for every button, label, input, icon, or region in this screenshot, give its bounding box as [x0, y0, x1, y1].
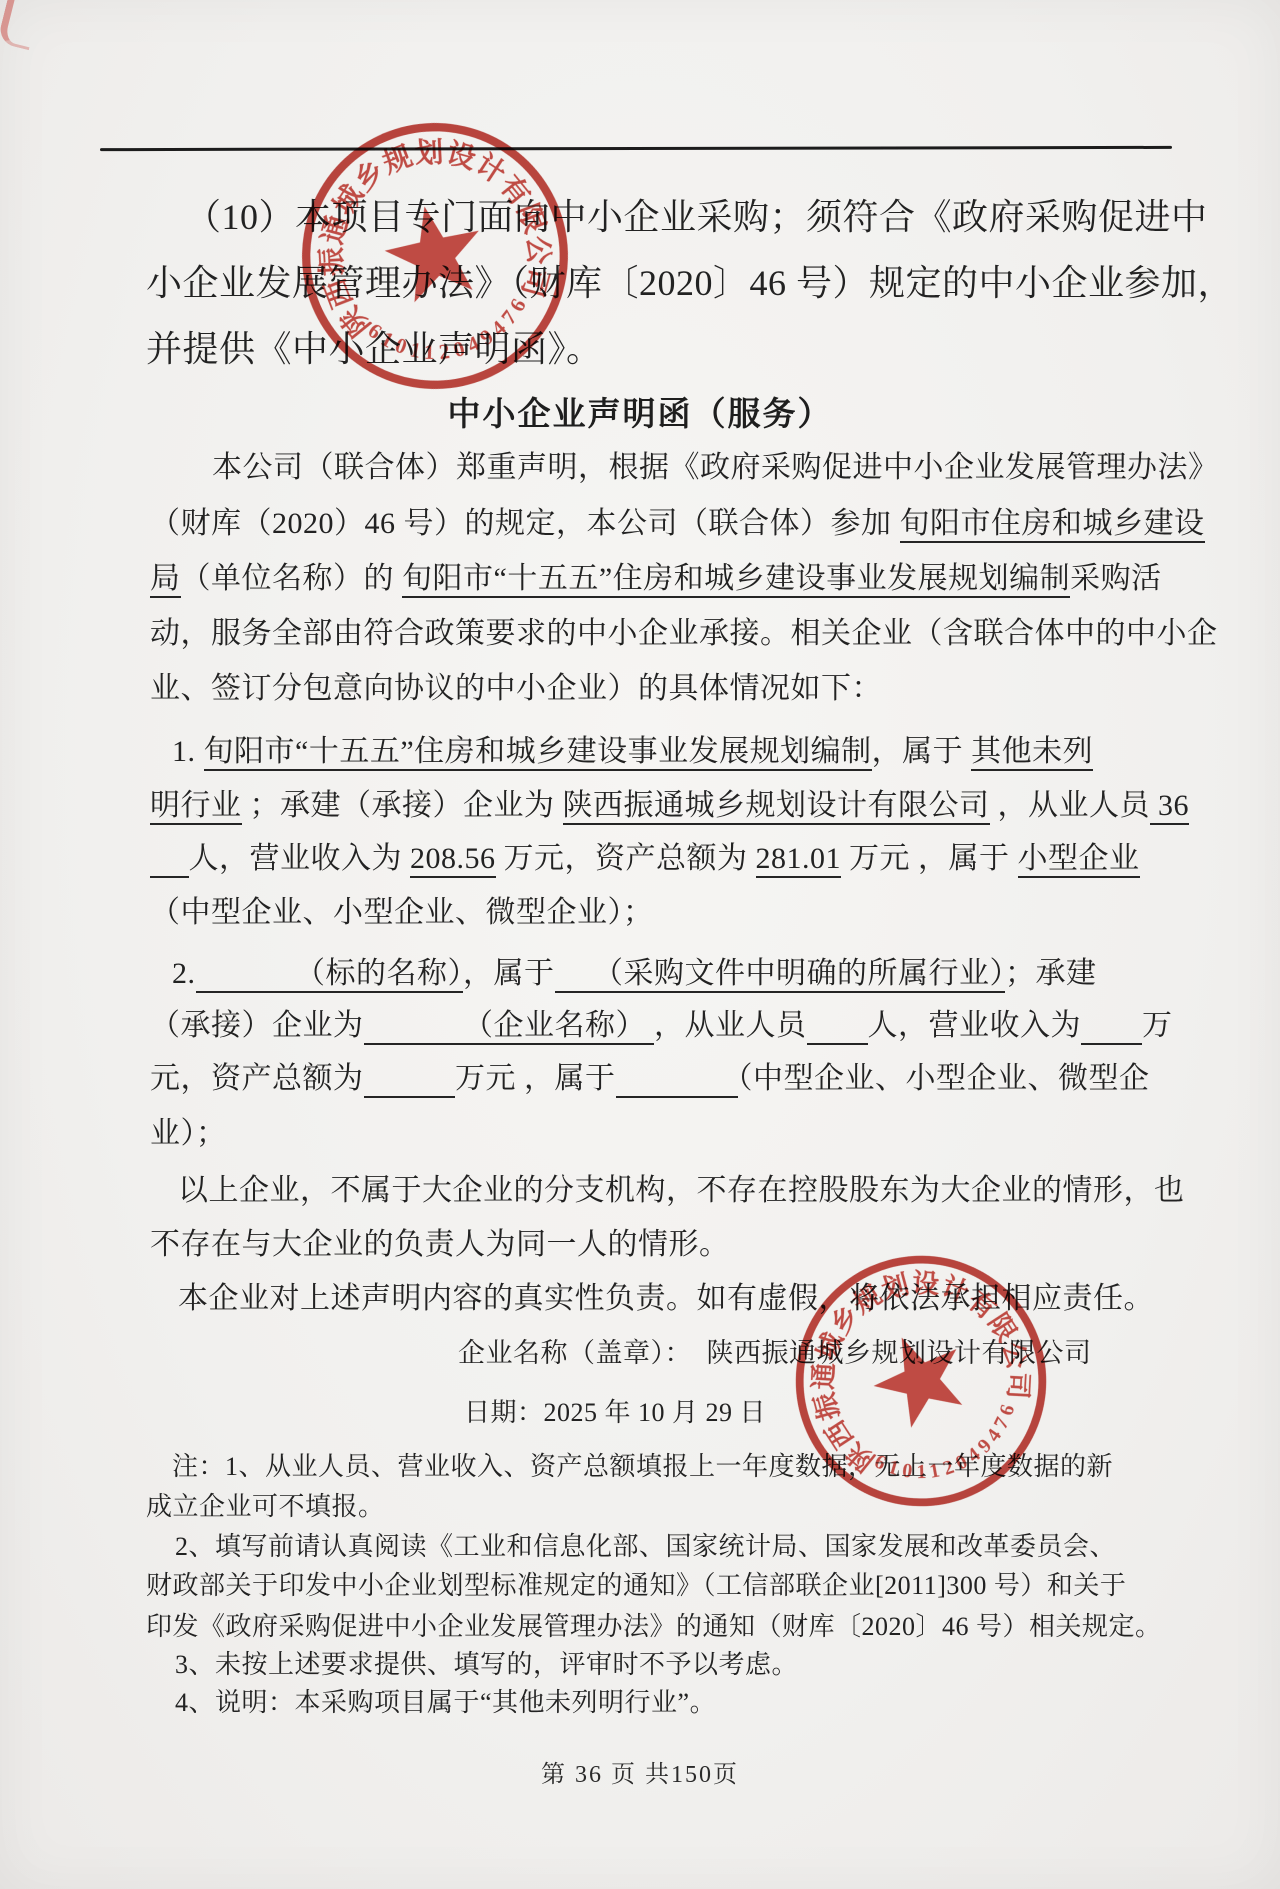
note1-line2: 成立企业可不填报。	[146, 1492, 385, 1522]
text-segment: 2.	[172, 957, 196, 990]
underlined-text-segment: 36	[1150, 789, 1189, 825]
text-segment: ，从业人员	[654, 1009, 807, 1042]
text-segment: （中型企业、小型企业、微型企	[738, 1062, 1150, 1095]
conclusion-line2: 不存在与大企业的负责人为同一人的情形。	[150, 1228, 730, 1263]
date-line: 日期：2025 年 10 月 29 日	[464, 1398, 766, 1428]
underlined-text-segment: 小型企业	[1018, 842, 1140, 878]
text-segment: （中型企业、小型企业、微型企业）；	[150, 896, 654, 929]
text-segment: ；承建（承接）企业为	[242, 789, 563, 822]
decl-line5: 业、签订分包意向协议的中小企业）的具体情况如下：	[150, 672, 882, 707]
underlined-text-segment: 旬阳市“十五五”住房和城乡建设事业发展规划编制	[204, 735, 872, 771]
text-segment: （承接）企业为	[150, 1009, 364, 1042]
underlined-text-segment: （企业名称）	[364, 1009, 655, 1045]
text-segment: 印发《政府采购促进中小企业发展管理办法》的通知（财库〔2020〕46 号）相关规…	[146, 1612, 1162, 1641]
text-segment: 本公司（联合体）郑重声明，根据《政府采购促进中小企业发展管理办法》	[212, 451, 1219, 484]
text-segment: 元，资产总额为	[150, 1062, 364, 1095]
text-segment: 2、填写前请认真阅读《工业和信息化部、国家统计局、国家发展和改革委员会、	[175, 1532, 1116, 1561]
underlined-text-segment: 旬阳市“十五五”住房和城乡建设事业发展规划编制	[402, 562, 1070, 598]
conclusion-line1: 以上企业，不属于大企业的分支机构，不存在控股股东为大企业的情形，也	[178, 1174, 1185, 1209]
stamp-number-text: 610112049476	[865, 1390, 1037, 1507]
text-segment: 日期：2025 年 10 月 29 日	[464, 1398, 766, 1427]
text-segment: 万元 ，属于	[455, 1062, 616, 1095]
underlined-text-segment: 旬阳市住房和城乡建设	[900, 507, 1205, 543]
underlined-text-segment: 明行业	[150, 789, 242, 825]
underlined-text-segment: 局	[150, 562, 181, 598]
text-segment: 采购活	[1070, 562, 1162, 595]
text-segment: 4、说明：本采购项目属于“其他未列明行业”。	[175, 1688, 716, 1717]
underlined-text-segment: （采购文件中明确的所属行业）	[555, 957, 1006, 993]
decl-line4: 动，服务全部由符合政策要求的中小企业承接。相关企业（含联合体中的中小企	[150, 617, 1218, 652]
text-segment: 人，营业收入为	[868, 1009, 1082, 1042]
stamp-star	[377, 197, 490, 307]
scan-artifact-mark	[0, 0, 40, 50]
item1-line2: 明行业 ；承建（承接）企业为 陕西振通城乡规划设计有限公司 ，从业人员 36	[150, 789, 1189, 824]
underlined-text-segment	[807, 1009, 868, 1045]
text-segment: 不存在与大企业的负责人为同一人的情形。	[150, 1228, 730, 1261]
text-segment: 万元，资产总额为	[496, 842, 756, 875]
text-segment: 成立企业可不填报。	[146, 1492, 385, 1521]
underlined-text-segment: （标的名称）	[196, 957, 464, 993]
underlined-text-segment: 208.56	[410, 842, 496, 878]
text-segment: ，属于	[872, 735, 972, 768]
note3-line: 3、未按上述要求提供、填写的，评审时不予以考虑。	[175, 1650, 798, 1680]
item1-line4: （中型企业、小型企业、微型企业）；	[150, 896, 654, 931]
note2-line2: 财政部关于印发中小企业划型标准规定的通知》（工信部联企业[2011]300 号）…	[146, 1571, 1126, 1601]
text-segment: 业）；	[150, 1117, 227, 1150]
company-stamp-bottom: 陕西振通城乡规划设计有限公司 610112049476	[749, 1209, 1092, 1552]
company-stamp-top: 陕西振通城乡规划设计有限公司 610112049476	[271, 92, 598, 419]
text-segment: 财政部关于印发中小企业划型标准规定的通知》（工信部联企业[2011]300 号）…	[146, 1571, 1126, 1600]
note2-line1: 2、填写前请认真阅读《工业和信息化部、国家统计局、国家发展和改革委员会、	[175, 1532, 1116, 1562]
text-segment: （单位名称）的	[181, 562, 403, 595]
underlined-text-segment: 其他未列	[971, 735, 1093, 771]
item2-line2: （承接）企业为 （企业名称） ，从业人员 人，营业收入为 万	[150, 1009, 1173, 1044]
page-number: 第 36 页 共150页	[0, 1762, 1280, 1790]
decl-line3: 局（单位名称）的 旬阳市“十五五”住房和城乡建设事业发展规划编制采购活	[150, 562, 1162, 597]
underlined-text-segment: 陕西振通城乡规划设计有限公司	[563, 789, 990, 825]
item2-line4: 业）；	[150, 1117, 227, 1152]
item1-line1: 1. 旬阳市“十五五”住房和城乡建设事业发展规划编制，属于 其他未列	[172, 735, 1093, 770]
decl-line2: （财库（2020）46 号）的规定，本公司（联合体）参加 旬阳市住房和城乡建设	[150, 507, 1205, 542]
underlined-text-segment	[364, 1062, 456, 1098]
text-segment: 1.	[172, 735, 204, 768]
note4-line: 4、说明：本采购项目属于“其他未列明行业”。	[175, 1688, 716, 1718]
stamp-star	[860, 1319, 978, 1435]
svg-text:610112049476: 610112049476	[865, 1390, 1037, 1507]
note2-line3: 印发《政府采购促进中小企业发展管理办法》的通知（财库〔2020〕46 号）相关规…	[146, 1612, 1162, 1642]
item1-line3: 人，营业收入为 208.56 万元，资产总额为 281.01 万元 ，属于 小型…	[150, 842, 1140, 877]
text-segment: （财库（2020）46 号）的规定，本公司（联合体）参加	[150, 507, 900, 540]
text-segment: 万元 ，属于	[841, 842, 1018, 875]
stamp-number-text: 610112049476	[360, 286, 542, 380]
item2-line1: 2. （标的名称），属于 （采购文件中明确的所属行业）；承建	[172, 957, 1097, 992]
text-segment: 万	[1142, 1009, 1173, 1042]
underlined-text-segment: 281.01	[756, 842, 842, 878]
document-page: （10）本项目专门面向中小企业采购；须符合《政府采购促进中 小企业发展管理办法》…	[0, 0, 1280, 1889]
svg-text:610112049476: 610112049476	[360, 286, 542, 380]
horizontal-rule	[100, 146, 1172, 151]
text-segment: 以上企业，不属于大企业的分支机构，不存在控股股东为大企业的情形，也	[178, 1174, 1185, 1207]
underlined-text-segment	[616, 1062, 738, 1098]
text-segment: 人，营业收入为	[189, 842, 411, 875]
text-segment: 业、签订分包意向协议的中小企业）的具体情况如下：	[150, 672, 882, 705]
text-segment: ，属于	[463, 957, 555, 990]
text-segment: 3、未按上述要求提供、填写的，评审时不予以考虑。	[175, 1650, 798, 1679]
text-segment: ，从业人员	[990, 789, 1151, 822]
text-segment: 动，服务全部由符合政策要求的中小企业承接。相关企业（含联合体中的中小企	[150, 617, 1218, 650]
underlined-text-segment	[1081, 1009, 1142, 1045]
underlined-text-segment	[150, 842, 189, 878]
item2-line3: 元，资产总额为 万元 ，属于 （中型企业、小型企业、微型企	[150, 1062, 1150, 1097]
text-segment: ；承建	[1005, 957, 1097, 990]
page-title: 中小企业声明函（服务）	[0, 397, 1280, 435]
decl-line1: 本公司（联合体）郑重声明，根据《政府采购促进中小企业发展管理办法》	[212, 451, 1219, 486]
